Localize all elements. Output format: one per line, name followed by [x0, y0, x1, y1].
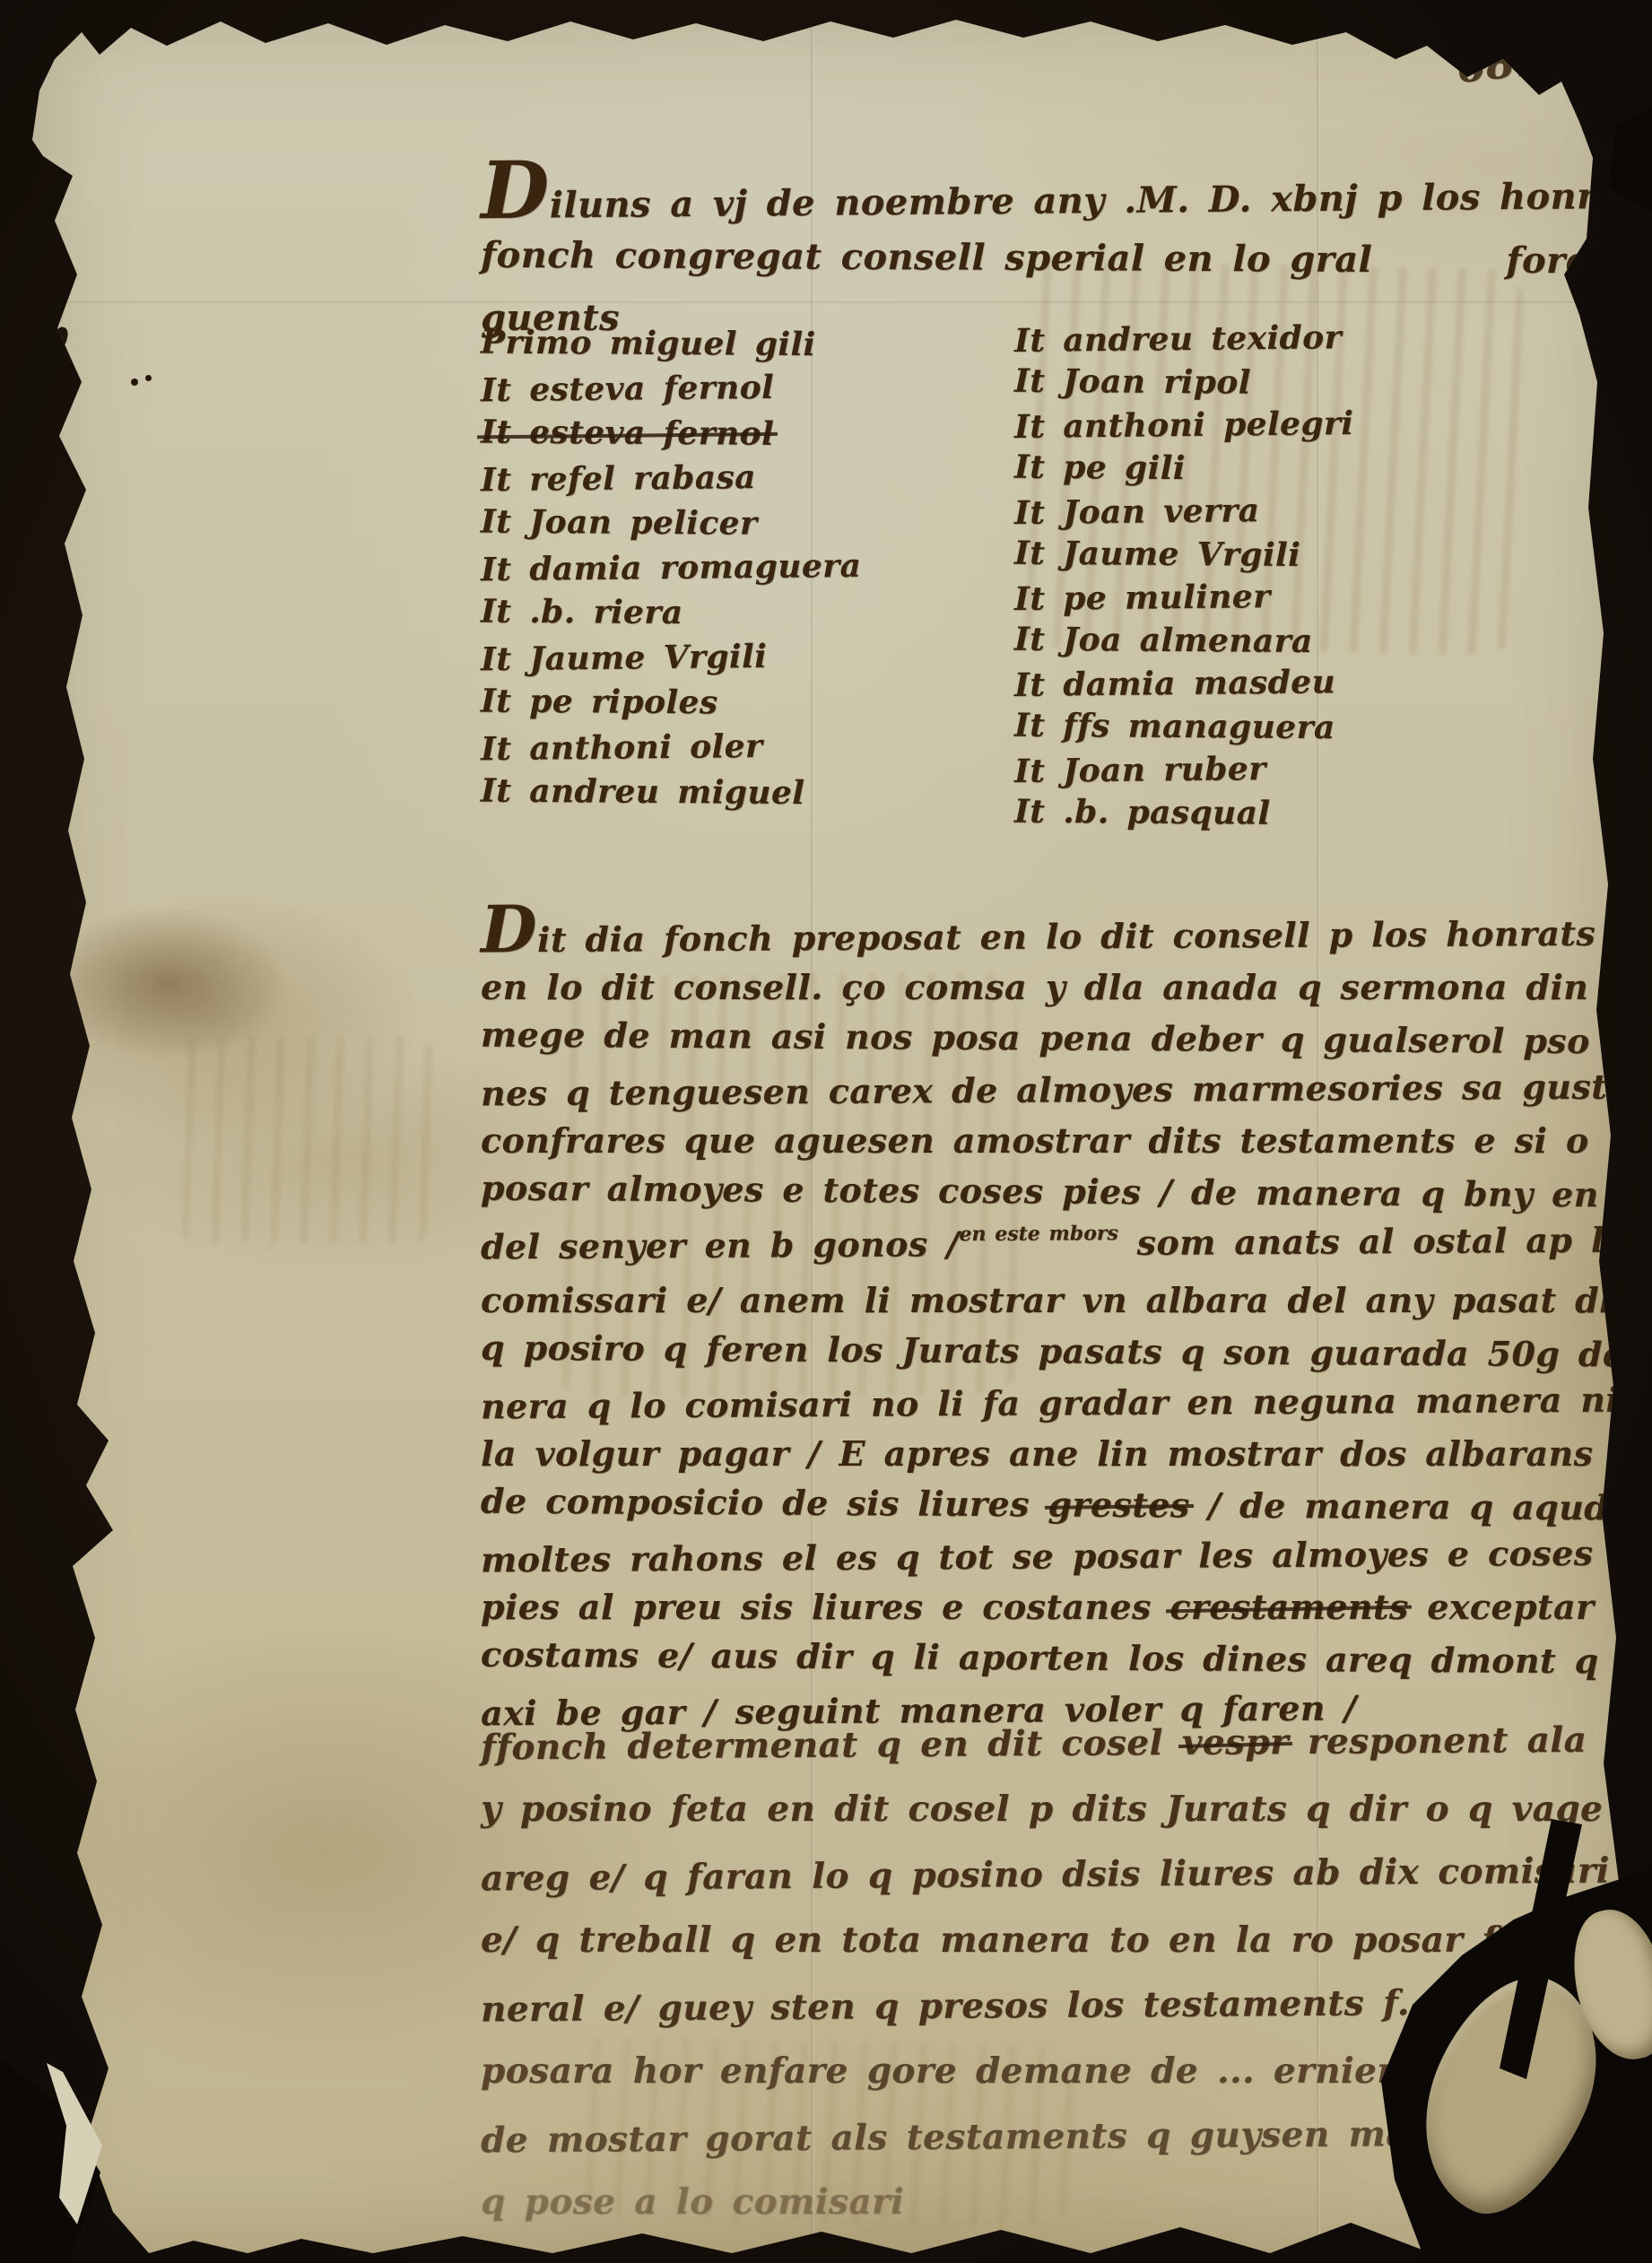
attendee-name: Primo miguel gili [481, 320, 862, 368]
attendee-name: It pe ripoles [481, 679, 862, 727]
attendee-name: It anthoni pelegri [1014, 402, 1354, 448]
text-line: e/ q treball q en tota manera to en la r… [481, 1908, 1610, 1973]
text-line: confrares que aguesen amostrar dits test… [481, 1115, 1652, 1166]
attendee-name: It Joa almenara [1014, 618, 1354, 664]
text-line: del senyer en b gonos /en este mbors som… [481, 1214, 1652, 1279]
struck-text: vespr [1182, 1721, 1290, 1763]
attendee-name: It .b. pasqual [1014, 790, 1354, 836]
text-line: posar almoyes e totes coses pies / de ma… [481, 1162, 1652, 1222]
attendee-name: It Joan verra [1014, 488, 1354, 535]
text-line: y posino feta en dit cosel p dits Jurats… [481, 1777, 1610, 1842]
attendee-list-right: It andreu texidorIt Joan ripolIt anthoni… [1014, 318, 1353, 834]
text-line: costams e/ aus dir q li aporten los dine… [481, 1629, 1652, 1688]
attendee-name: It ffs managuera [1014, 704, 1354, 750]
attendee-name: It Jaume Vrgili [481, 633, 862, 682]
attendee-name: It pe muliner [1014, 574, 1354, 621]
text-line: mege de man asi nos posa pena deber q gu… [481, 1009, 1652, 1068]
heading-line: Diluns a vj de noembre any .M. D. xbnj p… [481, 150, 1652, 236]
text-line: q posiro q feren los Jurats pasats q son… [481, 1322, 1652, 1381]
folio-number: 681 [1454, 35, 1545, 92]
interlinear-insertion: en este mbors [959, 1223, 1118, 1247]
attendee-name: It damia romaguera [481, 544, 862, 592]
worm-hole [48, 325, 70, 354]
struck-text: grestes [1048, 1484, 1189, 1525]
text-line: la volgur pagar / E apres ane lin mostra… [481, 1428, 1652, 1479]
attendee-name: It .b. riera [481, 589, 862, 637]
worm-hole [57, 1464, 89, 1507]
text-line: en lo dit consell. ço comsa y dla anada … [481, 962, 1652, 1013]
attendee-list-left: Primo miguel giliIt esteva fernolIt este… [481, 321, 861, 814]
attendee-name: It anthoni oler [481, 723, 862, 771]
struck-text: It esteva fernol [481, 413, 774, 453]
attendee-name: It andreu texidor [1014, 316, 1354, 362]
text-line: nera q lo comisari no li fa gradar en ne… [481, 1373, 1652, 1432]
attendee-name: It andreu miguel [481, 769, 862, 816]
struck-text: crestaments [1169, 1587, 1408, 1627]
text-line: pies al preu sis liures e costanes crest… [481, 1581, 1652, 1632]
edge-notch [1605, 106, 1652, 212]
council-deliberation-paragraph: Dit dia fonch preposat en lo dit consell… [481, 902, 1652, 1735]
parchment-page: 681 Diluns a vj de noembre any .M. D. xb… [32, 5, 1622, 2257]
text-line: moltes rahons el es q tot se posar les a… [481, 1527, 1652, 1586]
text-line: ffonch determenat q en dit cosel vespr r… [481, 1708, 1610, 1781]
attendee-name: It Joan ripol [1014, 360, 1354, 405]
attendee-name: It damia masdeu [1014, 660, 1354, 707]
manuscript-photo: 681 Diluns a vj de noembre any .M. D. xb… [0, 0, 1652, 2263]
attendee-name: It esteva fernol [481, 364, 862, 413]
text-line: Dit dia fonch preposat en lo dit consell… [481, 899, 1652, 966]
attendee-name: It esteva fernol [481, 410, 862, 457]
attendee-name: It Joan pelicer [481, 500, 862, 547]
attendee-name: It refel rabasa [481, 454, 862, 502]
attendee-name: It pe gili [1014, 446, 1354, 492]
tear-crack [1500, 1819, 1598, 2079]
ink-spot [145, 375, 152, 381]
text-line: nes q tenguesen carex de almoyes marmeso… [481, 1060, 1652, 1119]
attendee-name: It Jaume Vrgili [1014, 532, 1354, 578]
heading-line: fonch congregat consell sperial en lo gr… [481, 226, 1652, 293]
attendee-name: It Joan ruber [1014, 746, 1354, 793]
text-line: areg e/ q faran lo q posino dsis liures … [481, 1839, 1610, 1912]
text-line: de composicio de sis liures grestes / de… [481, 1475, 1652, 1535]
ink-spot [131, 379, 138, 386]
ink-bleed [167, 1037, 445, 1243]
text-line: comissari e/ anem li mostrar vn albara d… [481, 1275, 1652, 1326]
